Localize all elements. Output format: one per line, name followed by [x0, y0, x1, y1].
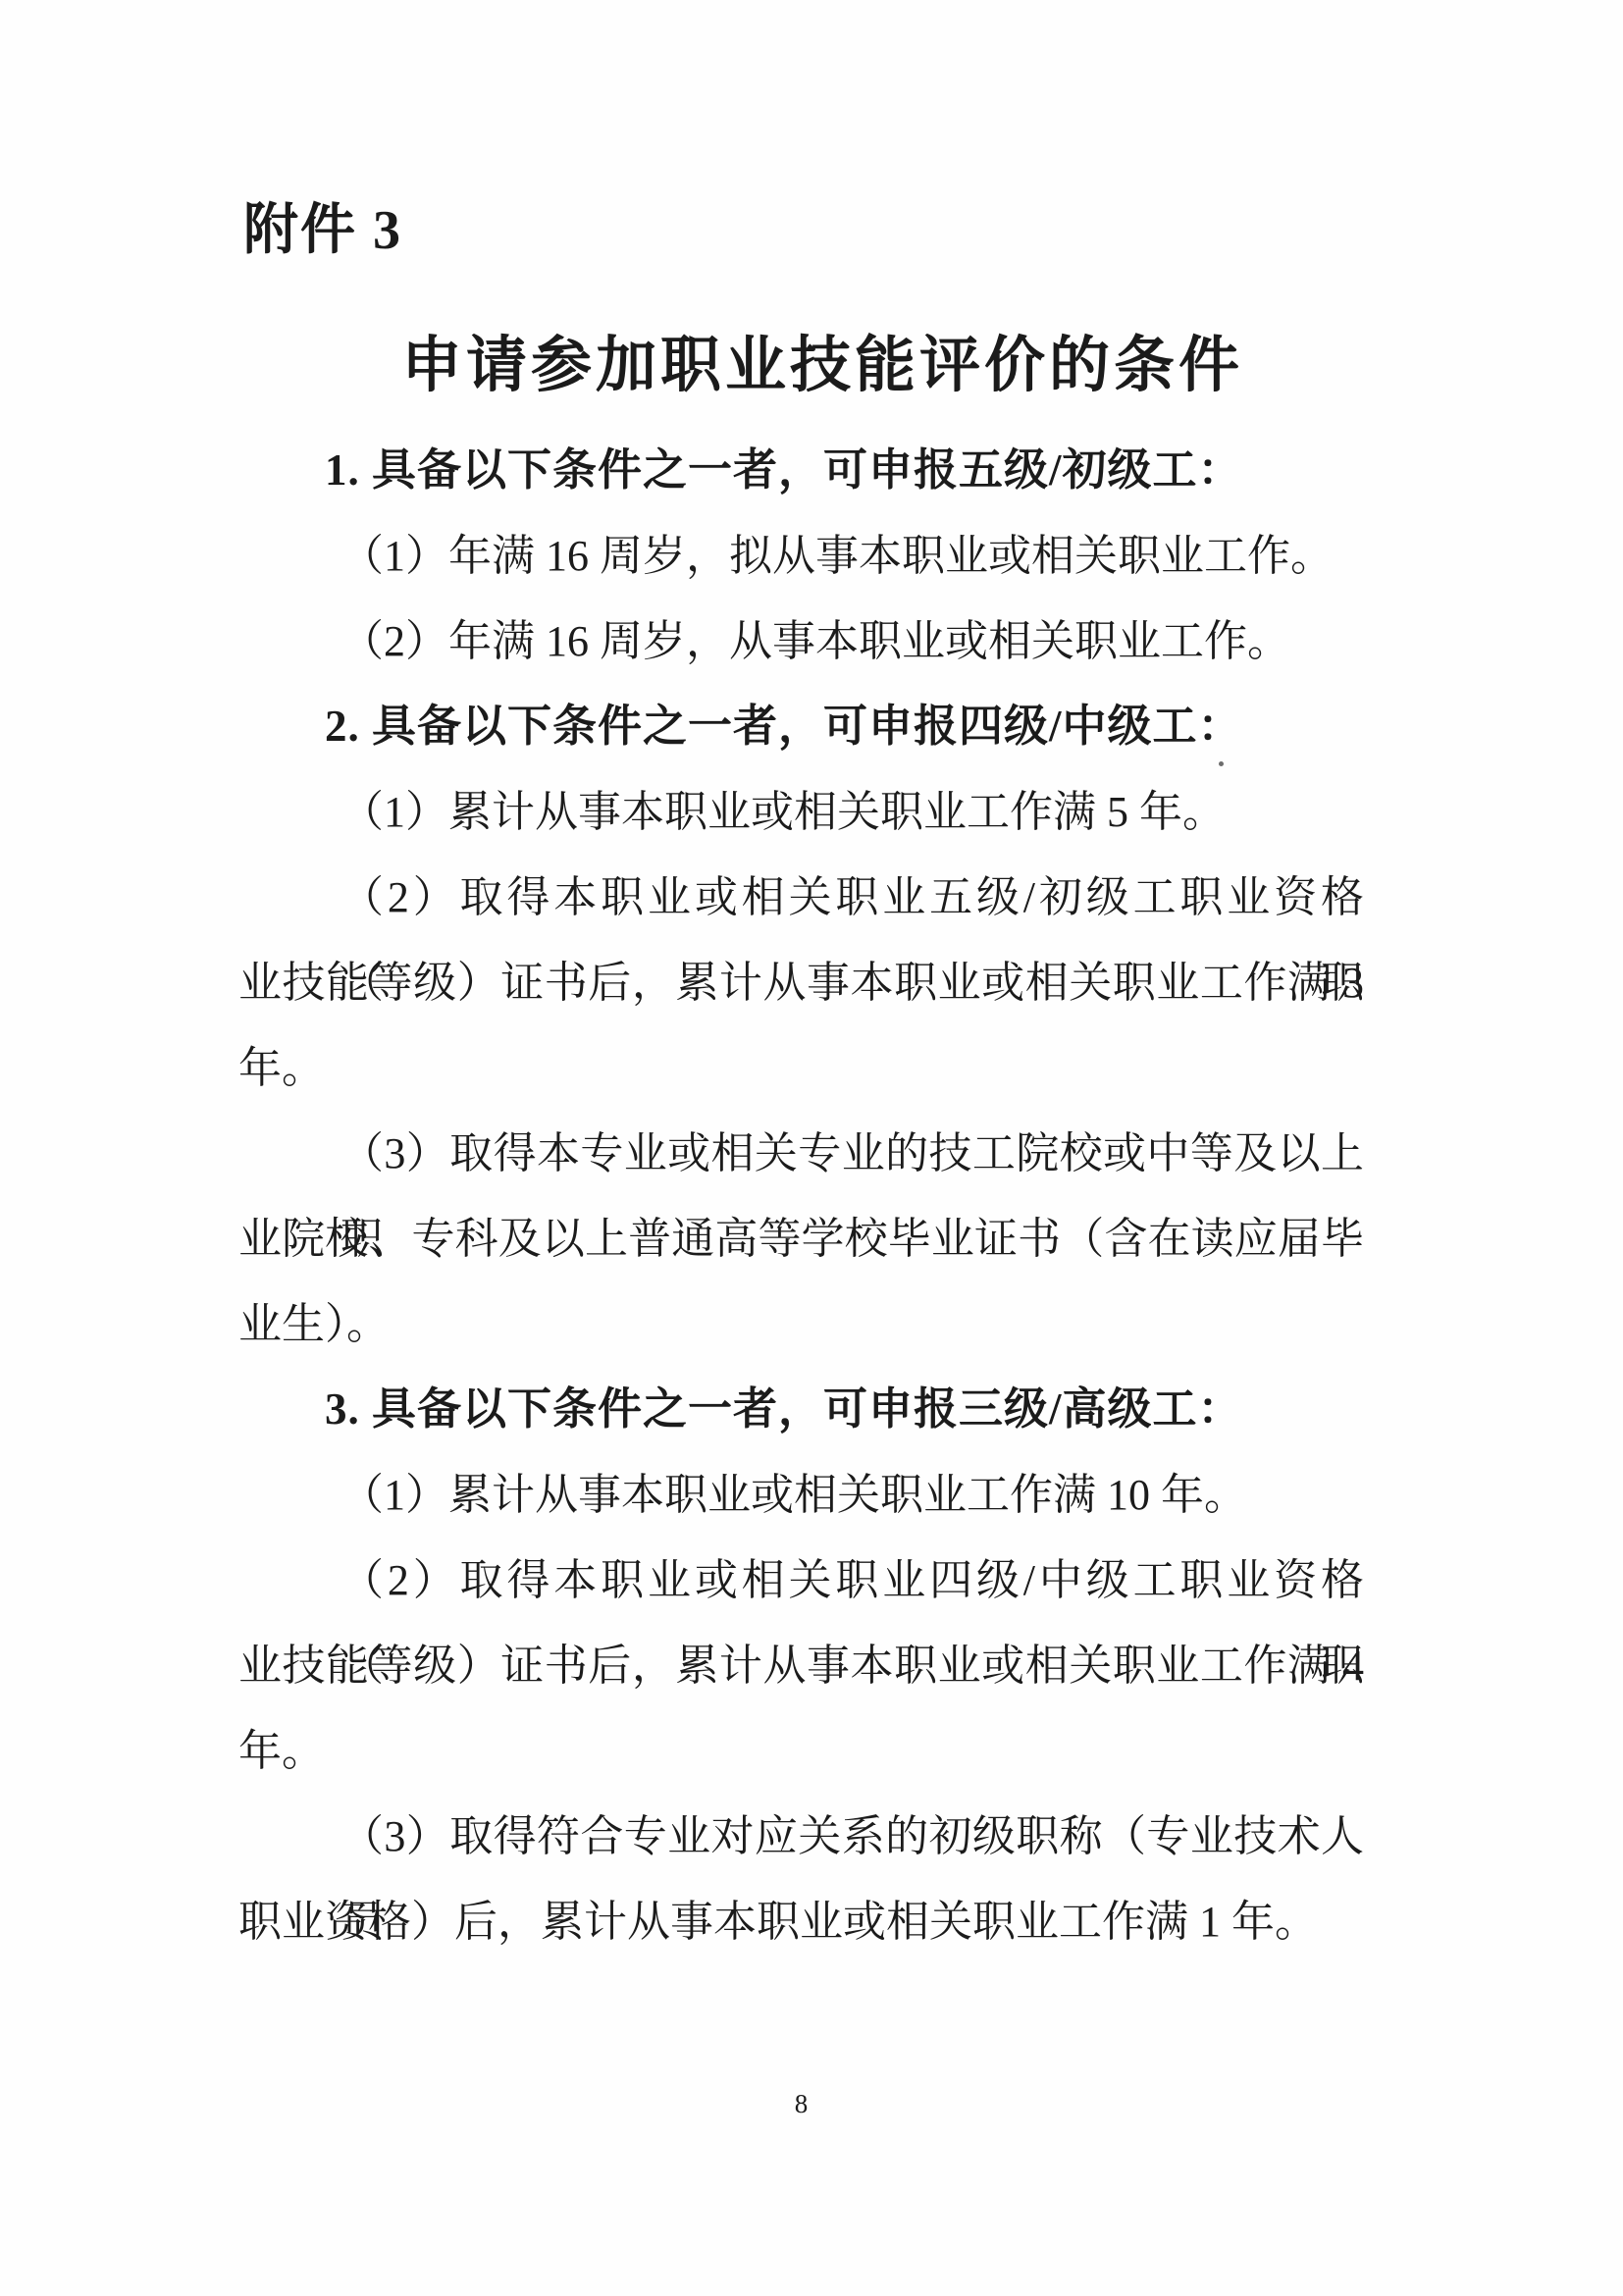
document-title: 申请参加职业技能评价的条件 — [238, 316, 1406, 403]
text-line: （1）累计从事本职业或相关职业工作满 10 年。 — [238, 1452, 1364, 1538]
text-line: 业院校、专科及以上普通高等学校毕业证书（含在读应届毕 — [238, 1196, 1364, 1281]
text-line: （3）取得本专业或相关专业的技工院校或中等及以上职 — [238, 1111, 1364, 1196]
text-line: 业生）。 — [238, 1281, 1364, 1367]
text-line: （1）累计从事本职业或相关职业工作满 5 年。 — [238, 769, 1364, 855]
section-heading: 3. 具备以下条件之一者，可申报三级/高级工： — [238, 1367, 1364, 1452]
text-line: 年。 — [238, 1708, 1364, 1794]
document-page: 附件 3 申请参加职业技能评价的条件 1. 具备以下条件之一者，可申报五级/初级… — [0, 0, 1623, 2296]
text-line: （3）取得符合专业对应关系的初级职称（专业技术人员 — [238, 1794, 1364, 1879]
text-line: 年。 — [238, 1025, 1364, 1111]
text-line: （1）年满 16 周岁，拟从事本职业或相关职业工作。 — [238, 513, 1364, 599]
attachment-number: 附件 3 — [243, 186, 402, 265]
text-line: （2）取得本职业或相关职业五级/初级工职业资格（职 — [238, 855, 1364, 940]
section-heading: 1. 具备以下条件之一者，可申报五级/初级工： — [238, 428, 1364, 513]
scan-artifact-dot — [1219, 761, 1224, 766]
text-line: 业技能等级）证书后，累计从事本职业或相关职业工作满 4 — [238, 1623, 1364, 1708]
text-line: 业技能等级）证书后，累计从事本职业或相关职业工作满 3 — [238, 940, 1364, 1025]
text-line: 职业资格）后，累计从事本职业或相关职业工作满 1 年。 — [238, 1879, 1364, 1964]
section-heading: 2. 具备以下条件之一者，可申报四级/中级工： — [238, 684, 1364, 769]
text-line: （2）年满 16 周岁，从事本职业或相关职业工作。 — [238, 599, 1364, 684]
page-number: 8 — [238, 2084, 1364, 2123]
document-body: 1. 具备以下条件之一者，可申报五级/初级工：（1）年满 16 周岁，拟从事本职… — [238, 428, 1364, 1964]
text-line: （2）取得本职业或相关职业四级/中级工职业资格（职 — [238, 1538, 1364, 1623]
